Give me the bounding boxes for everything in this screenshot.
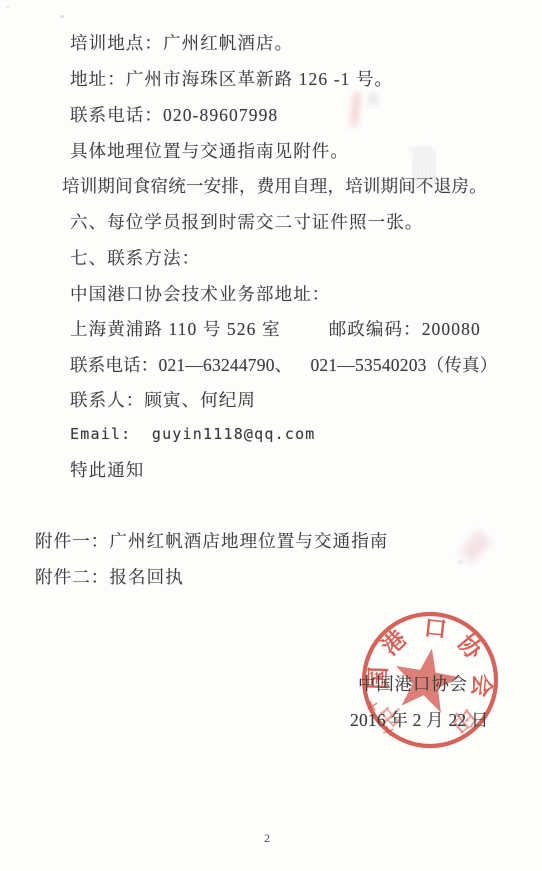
scan-speck [60, 15, 64, 18]
attachment-one: 附件一：广州红帆酒店地理位置与交通指南 [35, 531, 388, 552]
line-hotel-phone: 联系电话：020-89607998 [70, 105, 278, 126]
signature-org: 中国港口协会 [358, 674, 468, 695]
scan-smudge-red [349, 92, 362, 129]
signature-date: 2016 年 2 月 22 日 [350, 710, 489, 731]
line-contact-phones: 联系电话：021—63244790、 021—53540203（传真） [70, 355, 497, 376]
line-item-seven: 七、联系方法： [70, 248, 200, 269]
seal-ring-char: 协 [452, 629, 487, 664]
document-page: 培训地点：广州红帆酒店。 地址：广州市海珠区革新路 126 -1 号。 联系电话… [0, 0, 542, 871]
seal-ring-char: 港 [377, 625, 412, 660]
line-contact-persons: 联系人：顾寅、何纪周 [70, 390, 256, 411]
page-number: 2 [264, 831, 270, 846]
scan-smudge-pink [458, 530, 491, 565]
line-email: Email: guyin1118@qq.com [70, 425, 316, 443]
seal-ring-char: 口 [423, 614, 449, 642]
scan-speck [458, 560, 463, 564]
line-dept-address: 中国港口协会技术业务部地址： [70, 284, 330, 305]
seal-ring-char: 会 [468, 673, 496, 699]
line-lodging-note: 培训期间食宿统一安排，费用自理，培训期间不退房。 [62, 176, 487, 197]
line-training-venue: 培训地点：广州红帆酒店。 [70, 33, 293, 54]
line-hotel-address: 地址：广州市海珠区革新路 126 -1 号。 [70, 69, 393, 90]
line-item-six: 六、每位学员报到时需交二寸证件照一张。 [70, 212, 423, 233]
line-map-note: 具体地理位置与交通指南见附件。 [70, 141, 349, 162]
line-postal: 上海黄浦路 110 号 526 室 邮政编码：200080 [70, 319, 481, 340]
attachment-two: 附件二：报名回执 [35, 567, 184, 588]
line-closing: 特此通知 [70, 460, 144, 481]
scan-speck [6, 6, 9, 8]
scan-smudge-gray [368, 92, 378, 106]
